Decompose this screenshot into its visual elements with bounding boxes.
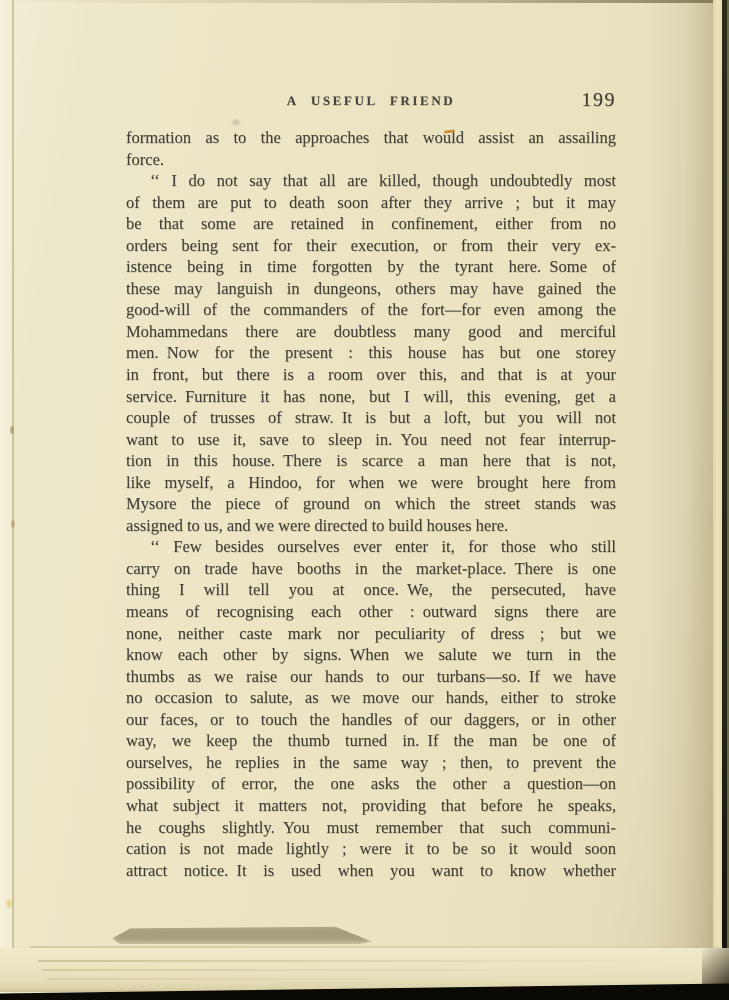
text-line: means of recognising each other : outwar… <box>126 601 616 623</box>
text-line: these may languish in dungeons, others m… <box>126 278 616 300</box>
page-body-text: formation as to the approaches that woul… <box>126 127 616 881</box>
text-line: ‘‘ Few besides ourselves ever enter it, … <box>126 536 616 558</box>
text-line: of them are put to death soon after they… <box>126 192 616 214</box>
text-line: like myself, a Hindoo, for when we were … <box>126 472 616 494</box>
text-line: ‘‘ I do not say that all are killed, tho… <box>126 170 616 192</box>
stacked-page-edge-line <box>38 960 698 962</box>
text-line: our faces, or to touch the handles of ou… <box>126 709 616 731</box>
text-line: istence being in time forgotten by the t… <box>126 256 616 278</box>
text-line: ourselves, he replies in the same way ; … <box>126 752 616 774</box>
running-header-title: A USEFUL FRIEND <box>287 93 456 109</box>
scan-speck <box>5 898 13 909</box>
text-line: in front, but there is a room over this,… <box>126 364 616 386</box>
text-line: good-will of the commanders of the fort—… <box>126 299 616 321</box>
page-right-curvature-shade <box>648 0 714 985</box>
scan-smudge <box>230 118 242 127</box>
text-line: couple of trusses of straw. It is but a … <box>126 407 616 429</box>
scan-speck <box>11 520 15 528</box>
text-line: Mohammedans there are doubtless many goo… <box>126 321 616 343</box>
text-line: he coughs slightly. You must remember th… <box>126 817 616 839</box>
page-left-edge-strip <box>0 0 12 994</box>
text-line: way, we keep the thumb turned in. If the… <box>126 730 616 752</box>
text-line: no occasion to salute, as we move our ha… <box>126 687 616 709</box>
page-right-edge-highlight <box>713 0 722 988</box>
text-line: want to use it, save to sleep in. You ne… <box>126 429 616 451</box>
text-line: formation as to the approaches that woul… <box>126 127 616 149</box>
text-line: thing I will tell you at once. We, the p… <box>126 579 616 601</box>
stacked-page-edge-line <box>42 969 602 971</box>
book-page-scan: A USEFUL FRIEND 199 formation as to the … <box>0 0 729 1000</box>
text-line: attract notice. It is used when you want… <box>126 860 616 882</box>
text-line: men. Now for the present : this house ha… <box>126 342 616 364</box>
text-line: cation is not made lightly ; were it to … <box>126 838 616 860</box>
text-line: orders being sent for their execution, o… <box>126 235 616 257</box>
text-line: be that some are retained in confinement… <box>126 213 616 235</box>
page-top-edge-shadow <box>0 0 729 3</box>
text-line: service. Furniture it has none, but I wi… <box>126 386 616 408</box>
text-line: Mysore the piece of ground on which the … <box>126 493 616 515</box>
text-line: know each other by signs. When we salute… <box>126 644 616 666</box>
page-number: 199 <box>582 89 617 112</box>
text-line: none, neither caste mark nor peculiarity… <box>126 623 616 645</box>
text-line: tion in this house. There is scarce a ma… <box>126 450 616 472</box>
stacked-page-edge-line <box>46 978 506 980</box>
page-left-crease-line <box>12 0 14 990</box>
scan-speck <box>10 426 14 434</box>
running-header: A USEFUL FRIEND 199 <box>126 89 616 109</box>
text-line: carry on trade have booths in the market… <box>126 558 616 580</box>
text-line: possibility of error, the one asks the o… <box>126 773 616 795</box>
text-line: assigned to us, and we were directed to … <box>126 515 616 537</box>
text-line: what subject it matters not, providing t… <box>126 795 616 817</box>
text-line: thumbs as we raise our hands to our turb… <box>126 666 616 688</box>
text-line: force. <box>126 149 616 171</box>
